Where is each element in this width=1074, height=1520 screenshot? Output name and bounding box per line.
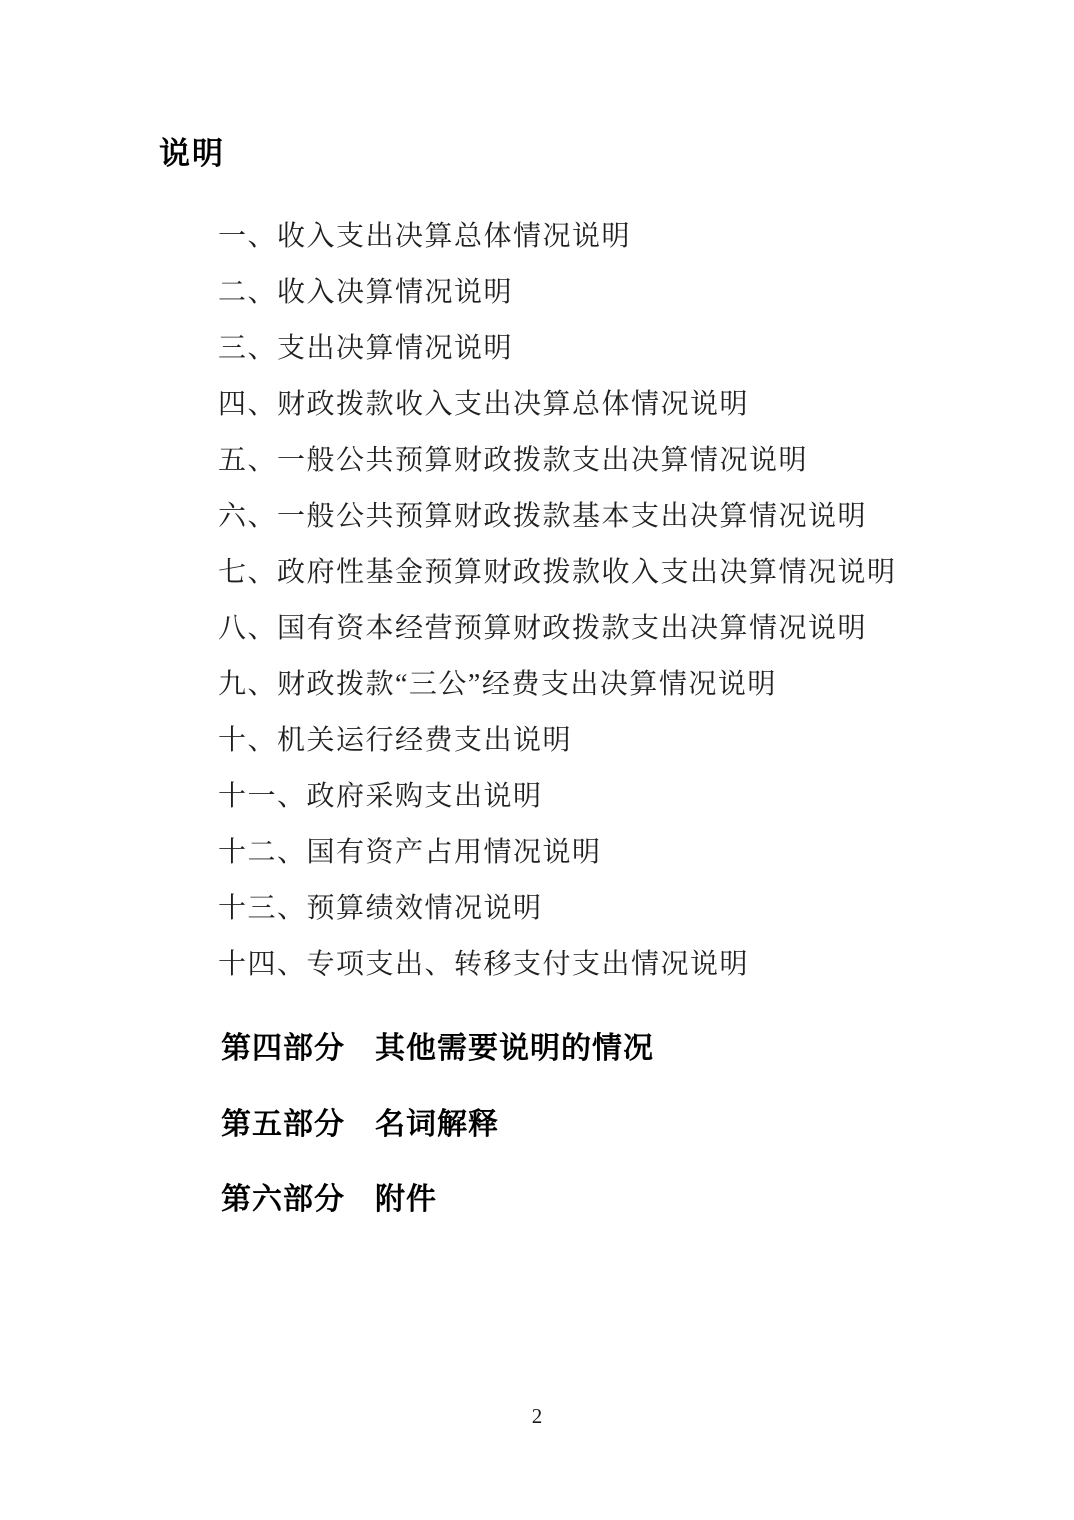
section-label: 第五部分 [221,1108,345,1141]
toc-item-2: 二、收入决算情况说明 [218,265,978,321]
page-title: 说明 [159,134,225,174]
section-label: 第六部分 [221,1183,345,1216]
toc-item-6: 六、一般公共预算财政拨款基本支出决算情况说明 [218,489,978,545]
toc-item-14: 十四、专项支出、转移支付支出情况说明 [218,937,978,993]
document-page: 说明 一、收入支出决算总体情况说明 二、收入决算情况说明 三、支出决算情况说明 … [0,0,1074,1520]
section-title: 其他需要说明的情况 [375,1032,654,1065]
section-title: 名词解释 [375,1108,499,1141]
section-heading-part6: 第六部分附件 [221,1184,437,1216]
section-heading-part4: 第四部分其他需要说明的情况 [221,1033,654,1065]
toc-item-9: 九、财政拨款“三公”经费支出决算情况说明 [218,657,978,713]
page-number: 2 [0,1404,1074,1429]
toc-item-5: 五、一般公共预算财政拨款支出决算情况说明 [218,433,978,489]
toc-item-3: 三、支出决算情况说明 [218,321,978,377]
section-title: 附件 [375,1183,437,1216]
toc-item-4: 四、财政拨款收入支出决算总体情况说明 [218,377,978,433]
toc-item-7: 七、政府性基金预算财政拨款收入支出决算情况说明 [218,545,978,601]
toc-list: 一、收入支出决算总体情况说明 二、收入决算情况说明 三、支出决算情况说明 四、财… [218,209,978,993]
toc-item-8: 八、国有资本经营预算财政拨款支出决算情况说明 [218,601,978,657]
toc-item-13: 十三、预算绩效情况说明 [218,881,978,937]
toc-item-11: 十一、政府采购支出说明 [218,769,978,825]
toc-item-1: 一、收入支出决算总体情况说明 [218,209,978,265]
toc-item-12: 十二、国有资产占用情况说明 [218,825,978,881]
toc-item-10: 十、机关运行经费支出说明 [218,713,978,769]
section-label: 第四部分 [221,1032,345,1065]
section-heading-part5: 第五部分名词解释 [221,1109,499,1141]
